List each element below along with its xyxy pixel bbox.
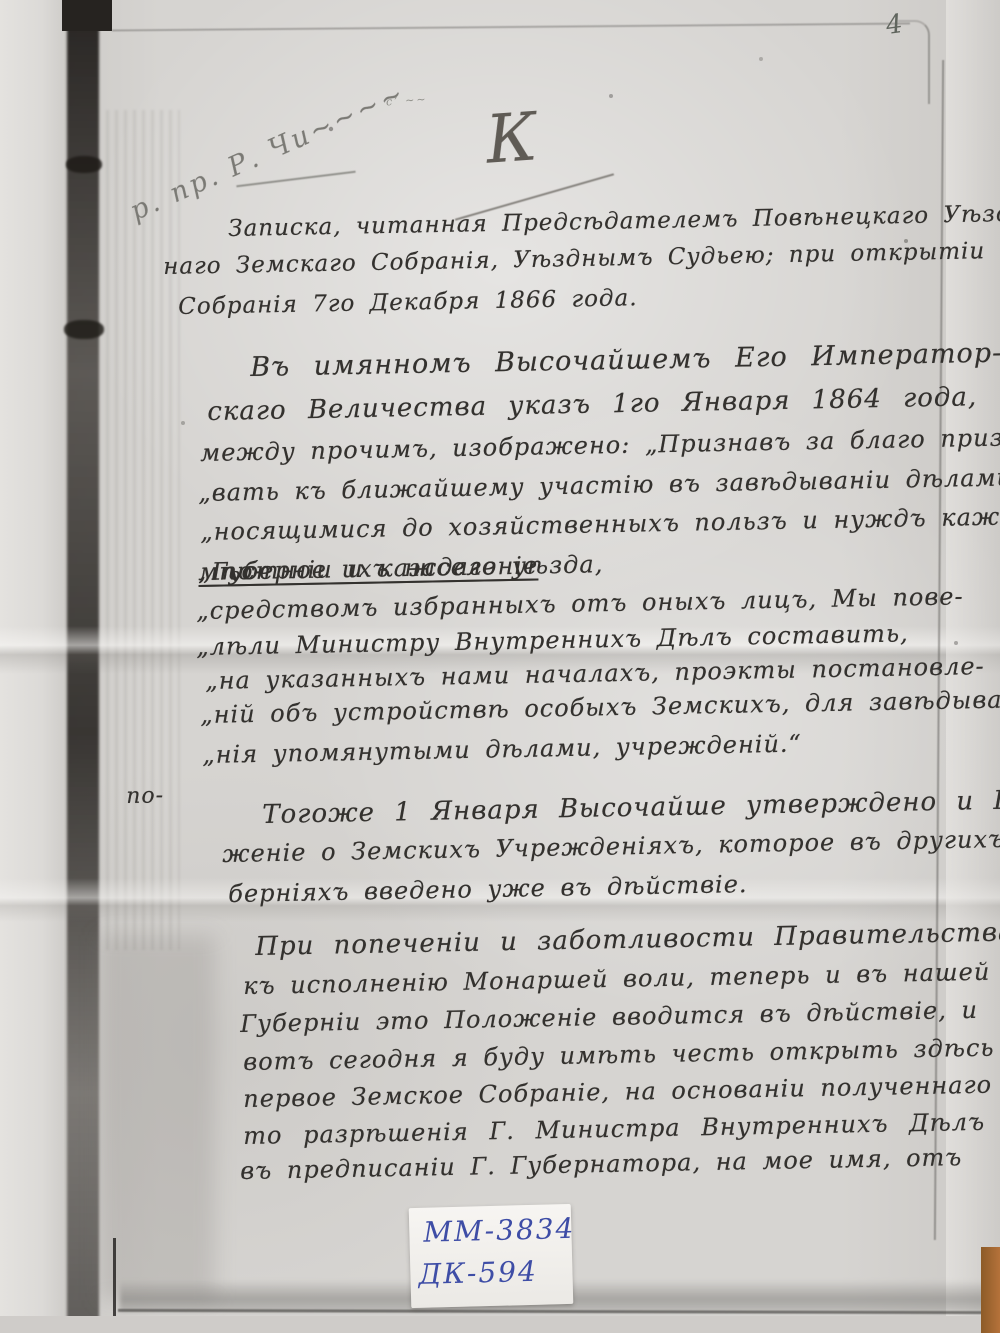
- binding-knot: [66, 156, 102, 173]
- manuscript-photo: 4 р. пр. Р. Чи~~~~ К с’ ~~ Записка, чита…: [0, 0, 1000, 1333]
- page-number: 4: [884, 9, 905, 41]
- binding-knot: [64, 320, 104, 339]
- binding-streaks: [106, 110, 180, 950]
- page-below-edge: [0, 1316, 1000, 1333]
- archive-code-dk: ДК-594: [418, 1255, 538, 1291]
- binding-smear: [100, 935, 215, 1300]
- body-line-segment: , по-: [198, 557, 263, 586]
- margin-note: по-: [126, 783, 164, 809]
- dust-specks: [0, 0, 2, 2]
- archive-label: ММ-3834 ДК-594: [409, 1204, 574, 1308]
- pencil-k-mark: К: [483, 98, 539, 178]
- desk-corner: [981, 1247, 1000, 1333]
- binding-top-block: [62, 0, 112, 31]
- archive-code-mm: ММ-3834: [423, 1212, 576, 1249]
